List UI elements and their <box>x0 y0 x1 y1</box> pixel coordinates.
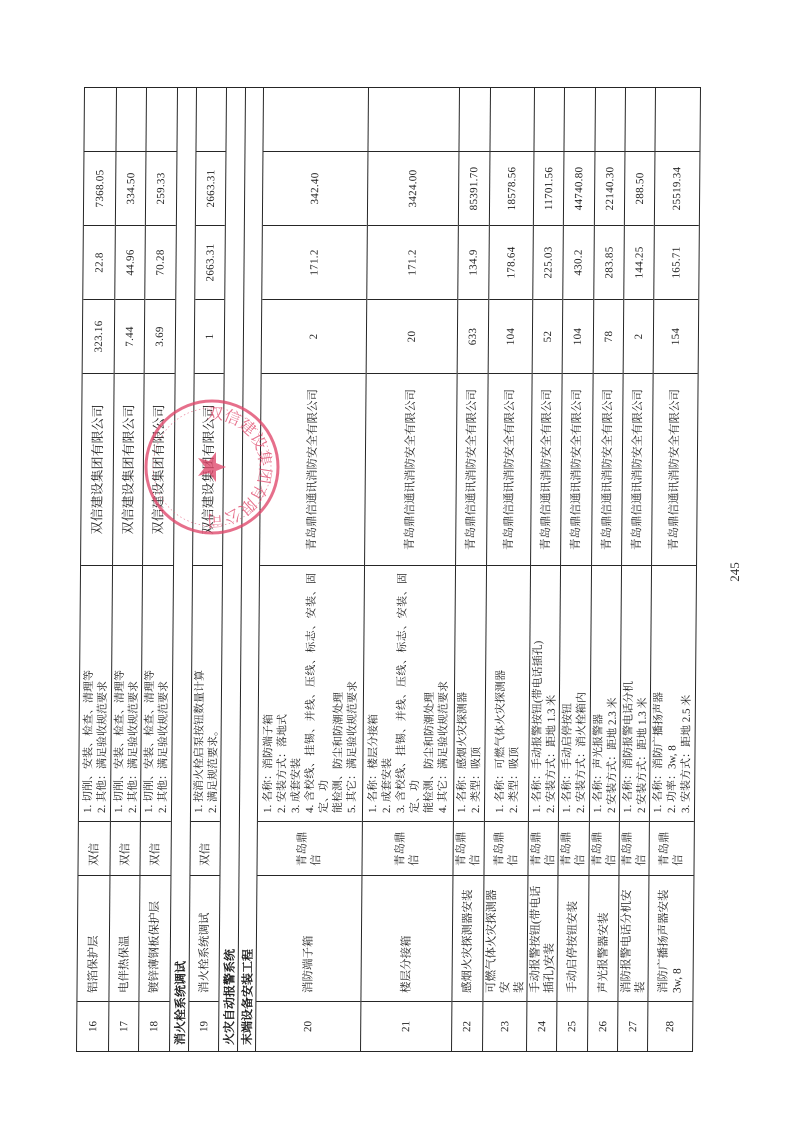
company-cell: 双信建设集团有限公司 <box>193 374 224 566</box>
cell-text: 323.16 <box>91 320 105 352</box>
serial-number-cell: 28 <box>648 1002 692 1051</box>
section-title: 火灾自动报警系统 <box>220 949 238 1045</box>
cell-text: 16 <box>86 1021 100 1032</box>
quantity-cell: 78 <box>594 300 624 374</box>
item-name-cell: 消防端子箱 <box>256 876 361 1002</box>
cell-line: 青岛鼎 <box>492 822 506 866</box>
unit-price-cell: 165.71 <box>654 226 699 300</box>
amount-cell: 334.50 <box>116 152 146 226</box>
cell-line: 消火栓系统调试 <box>197 876 212 993</box>
supplier-cell: 双信 <box>110 822 139 876</box>
quantity-cell: 104 <box>563 300 594 374</box>
cell-line: 青岛鼎 <box>658 822 672 866</box>
cell-text: 青岛鼎信通讯消防安全有限公司 <box>464 389 479 550</box>
company-cell: 青岛鼎信通讯消防安全有限公司 <box>592 374 623 566</box>
remark-cell <box>564 88 595 152</box>
quantity-cell: 2 <box>624 300 654 374</box>
cell-text <box>474 88 475 151</box>
remark-cell <box>655 88 700 152</box>
description-cell: 1. 切削、安装、检查、清理等2. 其他：满足验收规范要求 <box>111 566 142 822</box>
cell-text: 青岛鼎信通讯消防安全有限公司 <box>305 389 320 550</box>
description-cell: 1. 名称：可燃气体火灾探测器2. 类型：吸顶 <box>485 566 530 822</box>
cell-line: 消防端子箱 <box>301 876 316 993</box>
supplier-cell: 青岛鼎信 <box>528 822 557 876</box>
cell-line: 2 安装方式：距地 2.3 米 <box>604 573 620 813</box>
cell-line: 青岛鼎 <box>394 822 408 866</box>
cell-line: 青岛鼎 <box>620 822 634 866</box>
amount-cell: 3424.00 <box>368 152 459 226</box>
cell-text: 430.2 <box>571 249 585 275</box>
remark-cell <box>534 88 564 152</box>
quantity-cell: 1 <box>195 300 225 374</box>
unit-price-cell: 70.28 <box>145 226 176 300</box>
cell-text: 7.44 <box>122 326 136 346</box>
serial-number-cell: 20 <box>256 1002 360 1051</box>
section-title: 末端设备安装工程 <box>238 949 256 1045</box>
item-name-cell: 铝箔保护层 <box>77 876 109 1002</box>
cell-text: 18 <box>147 1021 161 1032</box>
company-cell: 青岛鼎信通讯消防安全有限公司 <box>456 374 488 566</box>
unit-price-cell: 22.8 <box>83 226 115 300</box>
remark-cell <box>263 88 368 152</box>
unit-price-cell: 430.2 <box>563 226 594 300</box>
company-cell: 双信建设集团有限公司 <box>143 374 175 566</box>
supplier-cell: 青岛鼎信 <box>484 822 527 876</box>
company-cell: 双信建设集团有限公司 <box>81 374 114 566</box>
cell-text: 283.85 <box>602 246 616 278</box>
cell-text: 双信建设集团有限公司 <box>90 405 105 535</box>
remark-cell <box>459 88 490 152</box>
cell-text <box>131 88 132 151</box>
cell-text: 259.33 <box>154 172 168 204</box>
cell-text: 双信建设集团有限公司 <box>201 405 216 535</box>
remark-cell <box>146 88 177 152</box>
cell-line: 铝箔保护层 <box>86 876 101 993</box>
remark-cell <box>595 88 625 152</box>
cell-text: 3.69 <box>153 326 167 346</box>
unit-price-cell: 171.2 <box>262 226 367 300</box>
cell-text: 22140.30 <box>602 167 616 211</box>
supplier-cell: 青岛鼎信 <box>589 822 618 876</box>
cell-text: 25519.34 <box>670 167 684 211</box>
cell-line: 信 <box>574 822 588 866</box>
cell-line: 安 <box>498 876 513 993</box>
cell-line: 双信 <box>87 822 101 866</box>
cell-text: 104 <box>503 328 517 345</box>
amount-cell: 85391.70 <box>459 152 490 226</box>
item-name-cell: 手动报警按钮(带电话插孔)安装 <box>527 876 557 1002</box>
cell-line: 青岛鼎 <box>590 822 604 866</box>
cell-line: 2. 类型：吸顶 <box>506 573 522 813</box>
document-page: { "page_number": "245", "stamp": { "text… <box>0 0 794 1123</box>
supplier-cell: 双信 <box>190 822 219 876</box>
company-cell: 青岛鼎信通讯消防安全有限公司 <box>652 374 698 566</box>
remark-cell <box>490 88 534 152</box>
cell-text <box>512 88 513 151</box>
cell-line: 5. 其它：满足验收规范要求 <box>345 573 361 813</box>
company-cell: 青岛鼎信通讯消防安全有限公司 <box>365 374 457 566</box>
cell-text: 144.25 <box>632 246 646 278</box>
quantity-cell: 20 <box>367 300 458 374</box>
cell-line: 信 <box>604 822 618 866</box>
supplier-cell: 青岛鼎信 <box>558 822 588 876</box>
quantity-cell: 2 <box>262 300 367 374</box>
amount-cell: 259.33 <box>146 152 177 226</box>
remark-cell <box>116 88 146 152</box>
cell-line: 双信 <box>118 822 132 866</box>
amount-cell: 44740.80 <box>564 152 595 226</box>
table-row: 23可燃气体火灾探测器安装青岛鼎信1. 名称：可燃气体火灾探测器2. 类型：吸顶… <box>482 88 534 1051</box>
item-name-cell: 感烟火灾探测器安装 <box>452 876 483 1002</box>
unit-price-cell: 225.03 <box>533 226 563 300</box>
cell-line: 装 <box>512 876 527 993</box>
quantity-cell: 52 <box>533 300 563 374</box>
item-name-cell: 可燃气体火灾探测器安装 <box>483 876 527 1002</box>
cell-line: 楼层分接箱 <box>399 876 414 993</box>
cell-line: 2. 安装方式：消火栓箱内 <box>574 573 590 813</box>
cell-line: 感烟火灾探测器安装 <box>460 876 475 993</box>
cell-line: 2. 安装方式：距地 1.3 米 <box>543 573 559 813</box>
table-row: 28消防广播扬声器安装3w, 8青岛鼎信1. 名称：消防广播扬声器2. 功率：3… <box>647 88 700 1051</box>
unit-price-cell: 144.25 <box>624 226 654 300</box>
cell-text: 青岛鼎信通讯消防安全有限公司 <box>539 389 554 550</box>
quantity-cell: 154 <box>654 300 699 374</box>
cell-text: 154 <box>669 328 683 345</box>
cell-text <box>610 88 611 151</box>
cell-text: 22.8 <box>92 252 106 272</box>
cell-text: 52 <box>540 331 554 343</box>
company-cell: 青岛鼎信通讯消防安全有限公司 <box>260 374 366 566</box>
serial-number-cell: 18 <box>139 1002 169 1051</box>
cell-line: 手动报警按钮(带电话 <box>528 876 543 993</box>
serial-number-cell: 26 <box>588 1002 617 1051</box>
serial-number-cell: 24 <box>527 1002 556 1051</box>
cell-text: 134.9 <box>466 249 480 275</box>
cell-text: 1 <box>202 334 216 340</box>
cell-line: 青岛鼎 <box>529 822 543 866</box>
item-name-cell: 消防报警电话分机安装 <box>618 876 648 1002</box>
unit-price-cell: 134.9 <box>458 226 489 300</box>
supplier-cell: 双信 <box>140 822 170 876</box>
cell-line: 信 <box>469 822 483 866</box>
amount-cell: 7368.05 <box>84 152 116 226</box>
cell-line: 装 <box>633 876 648 993</box>
cell-text: 双信建设集团有限公司 <box>121 405 136 535</box>
company-cell: 双信建设集团有限公司 <box>113 374 144 566</box>
cell-line: 消防报警电话分机安 <box>619 876 634 993</box>
unit-price-cell: 283.85 <box>594 226 624 300</box>
supplier-cell: 双信 <box>78 822 109 876</box>
serial-number-cell: 22 <box>452 1002 482 1051</box>
description-cell: 1. 名称：消防端子箱2. 安装方式：落地式3. 成套安装4. 含校线、挂锡、并… <box>258 566 364 822</box>
cell-text: 2663.31 <box>204 170 218 208</box>
amount-cell: 2663.31 <box>196 152 226 226</box>
supplier-cell: 青岛鼎信 <box>649 822 693 876</box>
cell-line: 信 <box>672 822 686 866</box>
cell-text: 171.2 <box>307 249 321 275</box>
quantity-cell: 633 <box>458 300 489 374</box>
company-cell: 青岛鼎信通讯消防安全有限公司 <box>531 374 562 566</box>
cell-text: 21 <box>399 1021 413 1032</box>
company-cell: 青岛鼎信通讯消防安全有限公司 <box>487 374 532 566</box>
cell-line: 信 <box>543 822 557 866</box>
cell-line: 消防广播扬声器安装 <box>656 876 671 993</box>
cell-text: 44.96 <box>123 249 137 275</box>
remark-cell <box>625 88 655 152</box>
cell-text <box>579 88 580 151</box>
description-cell: 1. 切削、安装、检查、清理等2. 其他：满足验收规范要求 <box>141 566 173 822</box>
quantity-cell: 323.16 <box>83 300 115 374</box>
cell-line: 信 <box>506 822 520 866</box>
amount-cell: 22140.30 <box>595 152 625 226</box>
cell-text <box>640 88 641 151</box>
supplier-cell: 青岛鼎信 <box>453 822 483 876</box>
cell-line: 可燃气体火灾探测器 <box>484 876 499 993</box>
serial-number-cell: 19 <box>189 1002 218 1051</box>
unit-price-cell: 171.2 <box>367 226 458 300</box>
description-cell: 1. 名称：楼层分接箱2. 成套安装3. 含校线、挂锡、并线、压线、标志、安装、… <box>363 566 455 822</box>
serial-number-cell: 27 <box>618 1002 647 1051</box>
cell-line: 2. 其他：满足验收规范要求 <box>94 573 110 813</box>
cell-text: 17 <box>117 1021 131 1032</box>
cell-text: 28 <box>663 1021 677 1032</box>
description-cell: 1. 名称：感烟火灾探测器2. 类型：吸顶 <box>454 566 486 822</box>
cell-text: 18578.56 <box>504 167 518 211</box>
cell-line: 手动启停按钮安装 <box>565 876 580 993</box>
cell-text: 23 <box>498 1021 512 1032</box>
cell-line: 青岛鼎 <box>560 822 574 866</box>
supplier-cell: 青岛鼎信 <box>619 822 648 876</box>
cell-line: 2. 其他：满足验收规范要求 <box>125 573 141 813</box>
description-cell: 1. 名称：消防广播扬声器2. 功率：3w, 83. 安装方式：距地 2.5 米 <box>650 566 696 822</box>
cell-text: 85391.70 <box>467 167 481 211</box>
cell-text: 双信建设集团有限公司 <box>151 405 166 535</box>
cell-line: 电伴热保温 <box>117 876 132 993</box>
amount-cell: 18578.56 <box>490 152 534 226</box>
item-name-cell: 声光报警器安装 <box>588 876 618 1002</box>
cell-line: 2 安装方式：距地 1.3 米 <box>634 573 650 813</box>
cell-text: 22 <box>460 1021 474 1032</box>
cell-text: 青岛鼎信通讯消防安全有限公司 <box>403 389 418 550</box>
description-cell: 1. 按消火栓启泵按钮数量计算2. 满足规范要求。 <box>191 566 222 822</box>
quantity-cell: 3.69 <box>145 300 176 374</box>
cell-text: 20 <box>405 331 419 343</box>
cell-text <box>413 88 414 151</box>
serial-number-cell: 21 <box>361 1002 451 1051</box>
item-name-cell: 楼层分接箱 <box>361 876 452 1002</box>
cell-text: 青岛鼎信通讯消防安全有限公司 <box>630 389 645 550</box>
cell-text <box>211 88 212 151</box>
cell-line: 4. 其它：满足验收规范要求 <box>436 573 452 813</box>
cell-text: 633 <box>466 328 480 345</box>
cell-text: 78 <box>601 331 615 343</box>
amount-cell: 11701.56 <box>534 152 564 226</box>
cell-line: 3. 安装方式：距地 2.5 米 <box>679 573 695 813</box>
description-cell: 1. 名称：消防报警电话分机2 安装方式：距地 1.3 米 <box>620 566 651 822</box>
cell-text: 178.64 <box>504 246 518 278</box>
cell-line: 镀锌薄钢板保护层 <box>147 876 162 993</box>
description-cell: 1. 名称：手动启停按钮2. 安装方式：消火栓箱内 <box>559 566 591 822</box>
item-name-cell: 手动启停按钮安装 <box>557 876 588 1002</box>
cell-text: 24 <box>535 1021 549 1032</box>
cell-text: 27 <box>626 1021 640 1032</box>
cell-text: 288.50 <box>633 172 647 204</box>
cell-text: 171.2 <box>405 249 419 275</box>
company-cell: 青岛鼎信通讯消防安全有限公司 <box>622 374 653 566</box>
cell-line: 2. 其他：满足验收规范要求 <box>156 573 172 813</box>
item-name-cell: 消防广播扬声器安装3w, 8 <box>648 876 693 1002</box>
cell-line: 双信 <box>198 822 212 866</box>
cell-text: 20 <box>301 1021 315 1032</box>
cell-text: 11701.56 <box>541 167 555 210</box>
cell-text: 19 <box>197 1021 211 1032</box>
cell-line: 青岛鼎 <box>296 822 310 866</box>
cell-text: 334.50 <box>124 172 138 204</box>
quantity-cell: 104 <box>489 300 533 374</box>
item-name-cell: 电伴热保温 <box>109 876 139 1002</box>
cell-text <box>100 88 101 151</box>
remark-cell <box>84 88 116 152</box>
cell-text: 7368.05 <box>93 170 107 208</box>
amount-cell: 342.40 <box>263 152 368 226</box>
cell-text <box>315 88 316 151</box>
cell-text <box>677 88 678 151</box>
remark-cell <box>368 88 459 152</box>
cell-line: 2. 满足规范要求。 <box>205 573 221 813</box>
cell-line: 信 <box>310 822 324 866</box>
cell-text: 2663.31 <box>203 244 217 282</box>
table-row: 21楼层分接箱青岛鼎信1. 名称：楼层分接箱2. 成套安装3. 含校线、挂锡、并… <box>360 88 459 1051</box>
page-number: 245 <box>727 552 743 592</box>
serial-number-cell: 25 <box>557 1002 587 1051</box>
remark-cell <box>196 88 226 152</box>
section-title: 消火栓系统调试 <box>171 961 189 1045</box>
supplier-cell: 青岛鼎信 <box>257 822 361 876</box>
table-row: 20消防端子箱青岛鼎信1. 名称：消防端子箱2. 安装方式：落地式3. 成套安装… <box>255 88 368 1051</box>
cell-text: 70.28 <box>153 249 167 275</box>
cell-text: 青岛鼎信通讯消防安全有限公司 <box>502 389 517 550</box>
cell-text: 104 <box>571 328 585 345</box>
description-cell: 1. 切削、安装、检查、清理等2. 其他：满足验收规范要求 <box>79 566 112 822</box>
amount-cell: 288.50 <box>625 152 655 226</box>
quantity-cell: 7.44 <box>115 300 145 374</box>
unit-price-cell: 44.96 <box>115 226 145 300</box>
item-name-cell: 镀锌薄钢板保护层 <box>139 876 170 1002</box>
cell-text: 青岛鼎信通讯消防安全有限公司 <box>569 389 584 550</box>
cell-text: 青岛鼎信通讯消防安全有限公司 <box>600 389 615 550</box>
cell-text <box>161 88 162 151</box>
item-name-cell: 消火栓系统调试 <box>189 876 219 1002</box>
cell-text <box>549 88 550 151</box>
cell-text: 2 <box>307 334 321 340</box>
bill-of-quantities-table: 16铝箔保护层双信1. 切削、安装、检查、清理等2. 其他：满足验收规范要求双信… <box>76 87 701 1052</box>
unit-price-cell: 2663.31 <box>195 226 225 300</box>
cell-line: 2. 类型：吸顶 <box>469 573 485 813</box>
description-cell: 1. 名称：声光报警器2 安装方式：距地 2.3 米 <box>590 566 621 822</box>
cell-text: 青岛鼎信通讯消防安全有限公司 <box>667 389 682 550</box>
cell-line: 3w, 8 <box>670 876 685 993</box>
cell-text: 26 <box>596 1021 610 1032</box>
serial-number-cell: 23 <box>483 1002 526 1051</box>
description-cell: 1. 名称：手动报警按钮(带电话插孔)2. 安装方式：距地 1.3 米 <box>529 566 560 822</box>
cell-text: 165.71 <box>669 246 683 278</box>
unit-price-cell: 178.64 <box>489 226 533 300</box>
amount-cell: 25519.34 <box>655 152 700 226</box>
cell-text: 44740.80 <box>572 167 586 211</box>
cell-text: 342.40 <box>308 172 322 204</box>
cell-line: 信 <box>408 822 422 866</box>
company-cell: 青岛鼎信通讯消防安全有限公司 <box>561 374 593 566</box>
cell-text: 2 <box>631 334 645 340</box>
cell-text: 225.03 <box>541 246 555 278</box>
serial-number-cell: 16 <box>77 1002 108 1051</box>
cell-line: 声光报警器安装 <box>596 876 611 993</box>
cell-line: 信 <box>634 822 648 866</box>
cell-line: 插孔)安装 <box>542 876 557 993</box>
supplier-cell: 青岛鼎信 <box>362 822 452 876</box>
cell-line: 双信 <box>149 822 163 866</box>
cell-text: 25 <box>565 1021 579 1032</box>
serial-number-cell: 17 <box>109 1002 138 1051</box>
cell-text: 3424.00 <box>406 170 420 208</box>
cell-line: 青岛鼎 <box>455 822 469 866</box>
